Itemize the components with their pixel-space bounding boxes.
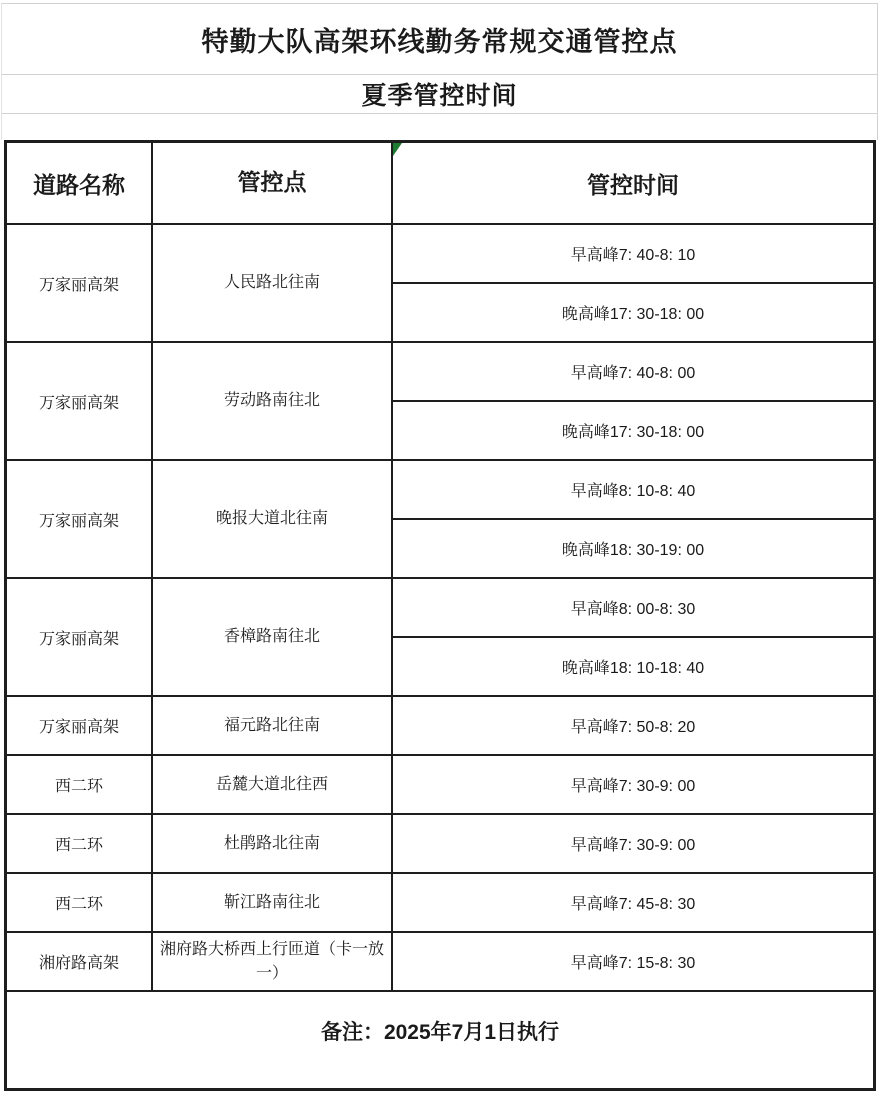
road-name-cell: 万家丽高架 (7, 579, 153, 695)
control-point-cell: 人民路北往南 (153, 225, 393, 341)
table-header-row: 道路名称 管控点 管控时间 (7, 143, 873, 225)
spacer-row (2, 114, 877, 140)
control-time-cell: 晚高峰18: 30-19: 00 (393, 518, 873, 577)
control-time-cell-group: 早高峰7: 30-9: 00 (393, 756, 873, 813)
page-subtitle: 夏季管控时间 (2, 75, 877, 114)
table-body: 万家丽高架人民路北往南早高峰7: 40-8: 10晚高峰17: 30-18: 0… (7, 225, 873, 992)
control-time-cell-group: 早高峰8: 00-8: 30晚高峰18: 10-18: 40 (393, 579, 873, 695)
control-point-cell: 福元路北往南 (153, 697, 393, 754)
control-time-cell: 早高峰8: 10-8: 40 (393, 461, 873, 518)
control-time-cell-group: 早高峰7: 50-8: 20 (393, 697, 873, 754)
table-row: 万家丽高架晚报大道北往南早高峰8: 10-8: 40晚高峰18: 30-19: … (7, 461, 873, 579)
control-time-cell: 早高峰7: 30-9: 00 (393, 756, 873, 813)
road-name-cell: 西二环 (7, 815, 153, 872)
control-point-cell: 岳麓大道北往西 (153, 756, 393, 813)
road-name-cell: 西二环 (7, 756, 153, 813)
control-point-cell: 劳动路南往北 (153, 343, 393, 459)
table-row: 万家丽高架福元路北往南早高峰7: 50-8: 20 (7, 697, 873, 756)
title-block: 特勤大队高架环线勤务常规交通管控点 夏季管控时间 (1, 3, 878, 140)
page-title: 特勤大队高架环线勤务常规交通管控点 (2, 4, 877, 75)
control-time-cell: 晚高峰17: 30-18: 00 (393, 400, 873, 459)
table-row: 西二环杜鹃路北往南早高峰7: 30-9: 00 (7, 815, 873, 874)
control-point-cell: 靳江路南往北 (153, 874, 393, 931)
table-row: 西二环岳麓大道北往西早高峰7: 30-9: 00 (7, 756, 873, 815)
col-header-road: 道路名称 (7, 143, 153, 223)
page-title-text: 特勤大队高架环线勤务常规交通管控点 (202, 20, 678, 59)
col-header-time: 管控时间 (393, 143, 873, 223)
road-name-cell: 万家丽高架 (7, 461, 153, 577)
control-time-cell: 晚高峰17: 30-18: 00 (393, 282, 873, 341)
footer-note-row: 备注：2025年7月1日执行 (7, 992, 873, 1088)
control-time-cell-group: 早高峰7: 30-9: 00 (393, 815, 873, 872)
control-time-cell-group: 早高峰7: 15-8: 30 (393, 933, 873, 990)
control-time-cell: 早高峰7: 15-8: 30 (393, 933, 873, 990)
control-point-cell: 晚报大道北往南 (153, 461, 393, 577)
control-point-cell: 香樟路南往北 (153, 579, 393, 695)
col-header-time-text: 管控时间 (587, 167, 679, 200)
control-time-cell: 早高峰7: 30-9: 00 (393, 815, 873, 872)
control-time-cell: 早高峰7: 50-8: 20 (393, 697, 873, 754)
table-row: 湘府路高架湘府路大桥西上行匝道（卡一放一）早高峰7: 15-8: 30 (7, 933, 873, 992)
road-name-cell: 万家丽高架 (7, 343, 153, 459)
road-name-cell: 万家丽高架 (7, 697, 153, 754)
road-name-cell: 湘府路高架 (7, 933, 153, 990)
control-time-cell: 早高峰8: 00-8: 30 (393, 579, 873, 636)
control-points-table: 道路名称 管控点 管控时间 万家丽高架人民路北往南早高峰7: 40-8: 10晚… (4, 140, 876, 1091)
control-time-cell-group: 早高峰7: 40-8: 10晚高峰17: 30-18: 00 (393, 225, 873, 341)
table-row: 万家丽高架香樟路南往北早高峰8: 00-8: 30晚高峰18: 10-18: 4… (7, 579, 873, 697)
page-subtitle-text: 夏季管控时间 (361, 76, 517, 112)
control-time-cell: 早高峰7: 40-8: 10 (393, 225, 873, 282)
control-time-cell: 晚高峰18: 10-18: 40 (393, 636, 873, 695)
green-corner-marker-icon (393, 143, 402, 156)
table-row: 西二环靳江路南往北早高峰7: 45-8: 30 (7, 874, 873, 933)
control-point-cell: 杜鹃路北往南 (153, 815, 393, 872)
table-row: 万家丽高架劳动路南往北早高峰7: 40-8: 00晚高峰17: 30-18: 0… (7, 343, 873, 461)
control-time-cell: 早高峰7: 40-8: 00 (393, 343, 873, 400)
table-row: 万家丽高架人民路北往南早高峰7: 40-8: 10晚高峰17: 30-18: 0… (7, 225, 873, 343)
col-header-point: 管控点 (153, 143, 393, 223)
page: 特勤大队高架环线勤务常规交通管控点 夏季管控时间 道路名称 管控点 管控时间 万… (0, 0, 880, 1093)
control-time-cell-group: 早高峰7: 45-8: 30 (393, 874, 873, 931)
control-point-cell: 湘府路大桥西上行匝道（卡一放一） (153, 933, 393, 990)
road-name-cell: 西二环 (7, 874, 153, 931)
control-time-cell-group: 早高峰8: 10-8: 40晚高峰18: 30-19: 00 (393, 461, 873, 577)
footer-note: 备注：2025年7月1日执行 (7, 992, 873, 1088)
road-name-cell: 万家丽高架 (7, 225, 153, 341)
control-time-cell-group: 早高峰7: 40-8: 00晚高峰17: 30-18: 00 (393, 343, 873, 459)
control-time-cell: 早高峰7: 45-8: 30 (393, 874, 873, 931)
